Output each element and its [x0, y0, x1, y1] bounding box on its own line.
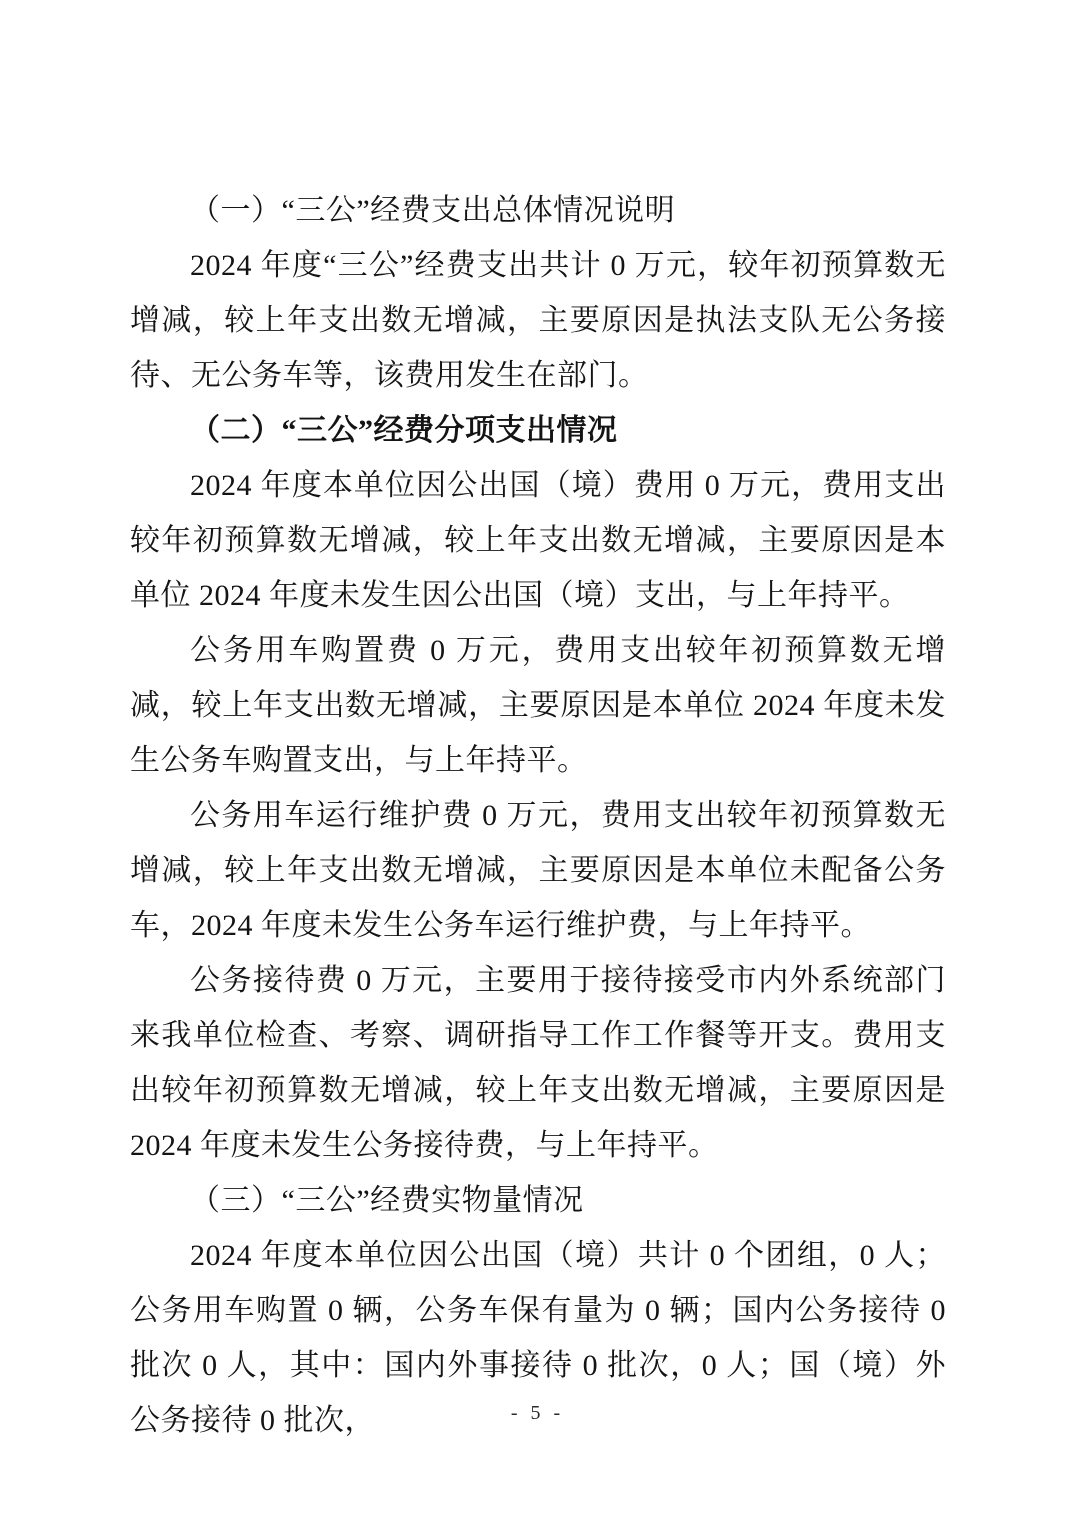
page-number: - 5 - [0, 1402, 1075, 1425]
paragraph-vehicle-maintenance-expense: 公务用车运行维护费 0 万元，费用支出较年初预算数无增减，较上年支出数无增减，主… [130, 788, 946, 953]
paragraph-vehicle-purchase-expense: 公务用车购置费 0 万元，费用支出较年初预算数无增减，较上年支出数无增减，主要原… [130, 623, 946, 788]
section-heading-3: （三）“三公”经费实物量情况 [130, 1173, 946, 1228]
paragraph-overall-expense: 2024 年度“三公”经费支出共计 0 万元，较年初预算数无增减，较上年支出数无… [130, 238, 946, 403]
section-heading-1: （一）“三公”经费支出总体情况说明 [130, 183, 946, 238]
document-body: （一）“三公”经费支出总体情况说明 2024 年度“三公”经费支出共计 0 万元… [130, 183, 946, 1448]
document-page: （一）“三公”经费支出总体情况说明 2024 年度“三公”经费支出共计 0 万元… [0, 0, 1075, 1520]
section-heading-2: （二）“三公”经费分项支出情况 [130, 403, 946, 458]
paragraph-abroad-expense: 2024 年度本单位因公出国（境）费用 0 万元，费用支出较年初预算数无增减，较… [130, 458, 946, 623]
paragraph-reception-expense: 公务接待费 0 万元，主要用于接待接受市内外系统部门来我单位检查、考察、调研指导… [130, 953, 946, 1173]
